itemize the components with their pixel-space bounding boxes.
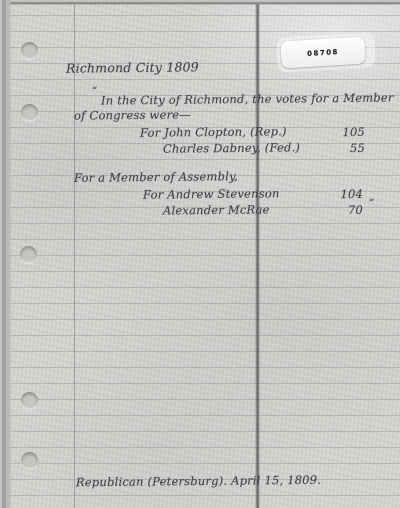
punch-hole xyxy=(21,392,38,409)
intro-line-2: of Congress were— xyxy=(74,108,191,122)
note-title: Richmond City 1809 xyxy=(66,60,199,74)
punch-hole xyxy=(21,42,38,59)
scan-left-edge xyxy=(0,0,12,508)
candidate-name: For Andrew Stevenson xyxy=(143,187,280,201)
archive-sticker: 08708 xyxy=(280,36,365,68)
source-citation: Republican (Petersburg). April 15, 1809. xyxy=(76,474,321,490)
quote-mark: “ xyxy=(92,85,97,98)
margin-line xyxy=(74,0,75,508)
assembly-heading: For a Member of Assembly, xyxy=(74,170,238,185)
scanned-notebook-page: 08708 Richmond City 1809 “ In the City o… xyxy=(0,0,400,508)
crease-line xyxy=(255,0,260,508)
archive-label: 08708 xyxy=(307,48,339,58)
vote-count: 105 xyxy=(335,126,365,139)
vote-count: 70 xyxy=(333,204,363,217)
candidate-name: Charles Dabney, (Fed.) xyxy=(163,141,300,155)
candidate-name: Alexander McRae xyxy=(163,203,270,217)
ditto-mark: „ xyxy=(369,191,375,204)
scan-top-edge xyxy=(0,0,400,5)
vote-count: 104 xyxy=(333,188,363,201)
punch-hole xyxy=(21,452,38,469)
punch-hole xyxy=(21,104,38,121)
punch-hole xyxy=(20,246,37,263)
vote-count: 55 xyxy=(335,142,365,155)
ruled-lines xyxy=(0,0,400,508)
candidate-name: For John Clopton, (Rep.) xyxy=(140,125,287,140)
